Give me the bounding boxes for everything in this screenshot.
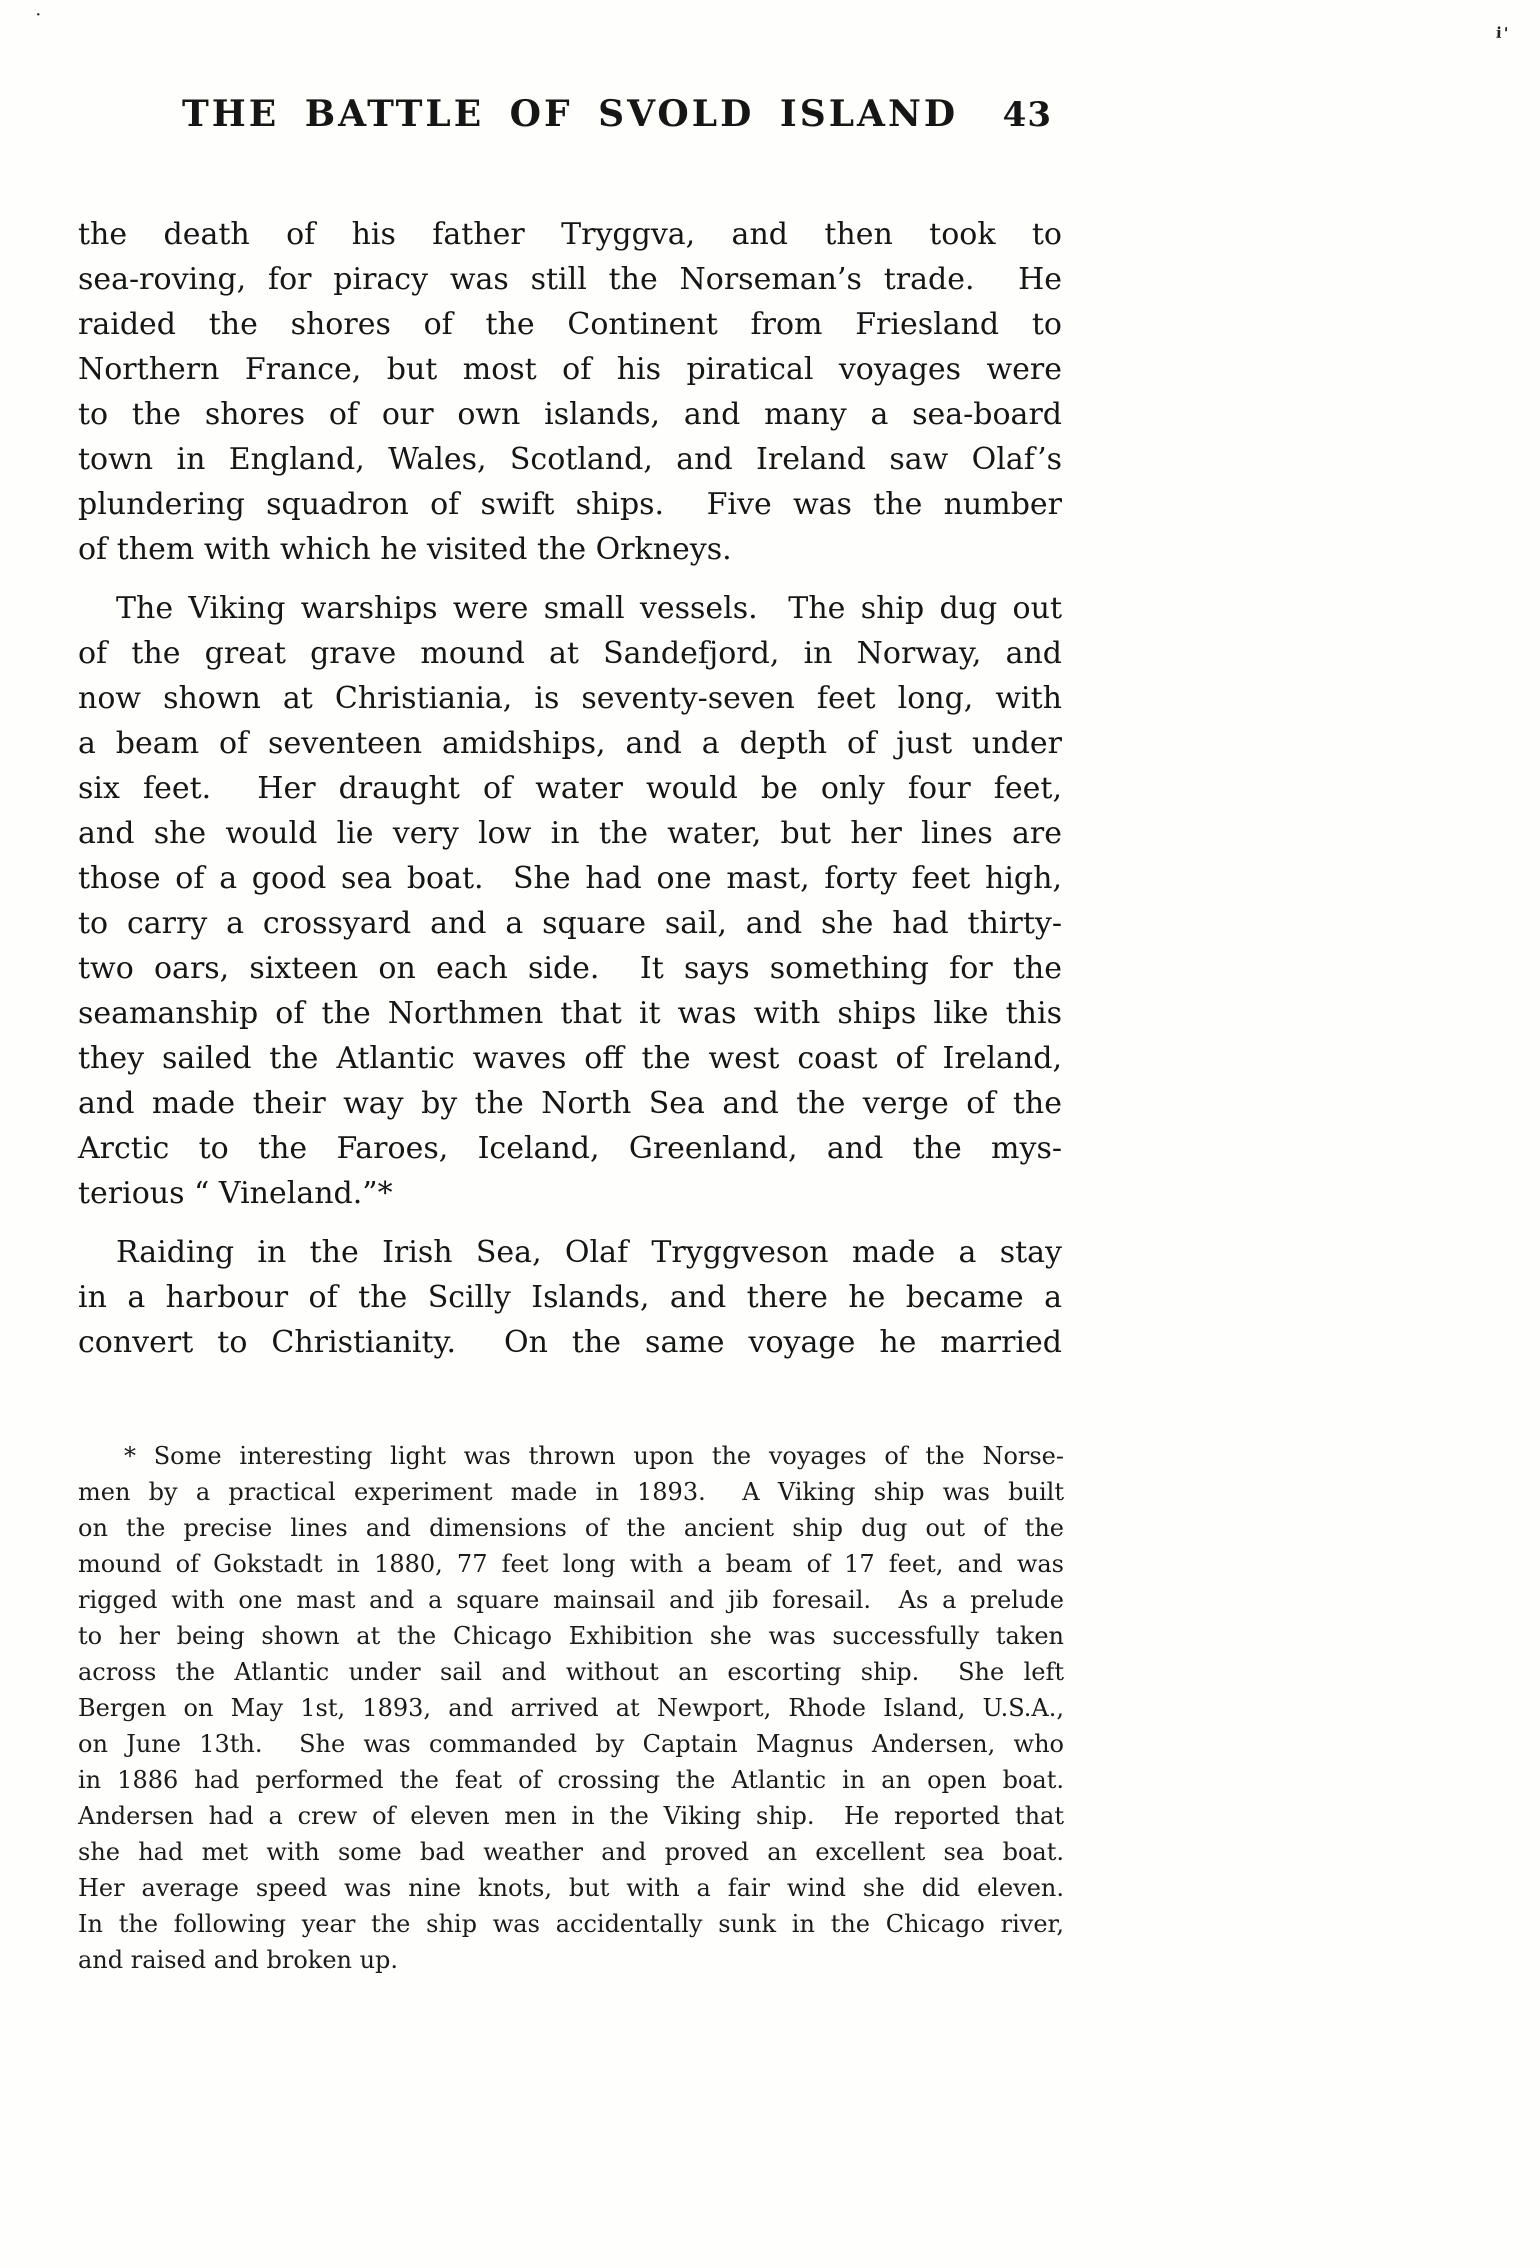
body-text: the death of his father Tryggva, and the…	[78, 212, 1062, 1365]
text-line: raided the shores of the Continent from …	[78, 302, 1062, 347]
text-line: of them with which he visited the Orkney…	[78, 527, 1062, 572]
text-line: across the Atlantic under sail and witho…	[78, 1654, 1064, 1690]
text-line: a beam of seventeen amidships, and a dep…	[78, 721, 1062, 766]
text-line: she had met with some bad weather and pr…	[78, 1834, 1064, 1870]
scanned-page: · i' THE BATTLE OF SVOLD ISLAND 43 the d…	[0, 0, 1540, 2268]
chapter-title: THE BATTLE OF SVOLD ISLAND	[78, 92, 1062, 136]
paragraph: The Viking warships were small vessels. …	[78, 586, 1062, 1216]
page-header: THE BATTLE OF SVOLD ISLAND 43	[78, 92, 1062, 136]
text-line: * Some interesting light was thrown upon…	[78, 1438, 1064, 1474]
paragraph: * Some interesting light was thrown upon…	[78, 1438, 1064, 1978]
text-line: the death of his father Tryggva, and the…	[78, 212, 1062, 257]
text-line: In the following year the ship was accid…	[78, 1906, 1064, 1942]
text-line: mound of Gokstadt in 1880, 77 feet long …	[78, 1546, 1064, 1582]
ink-speck-top-left-icon: ·	[36, 8, 41, 23]
text-line: terious “ Vineland.”*	[78, 1171, 1062, 1216]
footnote: * Some interesting light was thrown upon…	[78, 1438, 1064, 1978]
text-line: to her being shown at the Chicago Exhibi…	[78, 1618, 1064, 1654]
text-line: they sailed the Atlantic waves off the w…	[78, 1036, 1062, 1081]
text-line: to carry a crossyard and a square sail, …	[78, 901, 1062, 946]
text-line: seamanship of the Northmen that it was w…	[78, 991, 1062, 1036]
text-line: on the precise lines and dimensions of t…	[78, 1510, 1064, 1546]
text-line: The Viking warships were small vessels. …	[78, 586, 1062, 631]
text-line: and made their way by the North Sea and …	[78, 1081, 1062, 1126]
text-line: of the great grave mound at Sandefjord, …	[78, 631, 1062, 676]
text-line: two oars, sixteen on each side. It says …	[78, 946, 1062, 991]
text-line: six feet. Her draught of water would be …	[78, 766, 1062, 811]
text-line: Arctic to the Faroes, Iceland, Greenland…	[78, 1126, 1062, 1171]
text-line: Raiding in the Irish Sea, Olaf Tryggveso…	[78, 1230, 1062, 1275]
text-line: rigged with one mast and a square mainsa…	[78, 1582, 1064, 1618]
text-line: on June 13th. She was commanded by Capta…	[78, 1726, 1064, 1762]
page-number: 43	[1003, 93, 1052, 137]
ink-speck-top-right-icon: i'	[1496, 24, 1511, 43]
text-line: Bergen on May 1st, 1893, and arrived at …	[78, 1690, 1064, 1726]
text-line: town in England, Wales, Scotland, and Ir…	[78, 437, 1062, 482]
text-line: those of a good sea boat. She had one ma…	[78, 856, 1062, 901]
text-line: and raised and broken up.	[78, 1942, 1064, 1978]
text-line: now shown at Christiania, is seventy-sev…	[78, 676, 1062, 721]
paragraph: the death of his father Tryggva, and the…	[78, 212, 1062, 572]
text-line: Northern France, but most of his piratic…	[78, 347, 1062, 392]
text-line: convert to Christianity. On the same voy…	[78, 1320, 1062, 1365]
text-line: in a harbour of the Scilly Islands, and …	[78, 1275, 1062, 1320]
text-line: in 1886 had performed the feat of crossi…	[78, 1762, 1064, 1798]
text-line: Andersen had a crew of eleven men in the…	[78, 1798, 1064, 1834]
text-line: men by a practical experiment made in 18…	[78, 1474, 1064, 1510]
text-line: and she would lie very low in the water,…	[78, 811, 1062, 856]
text-line: plundering squadron of swift ships. Five…	[78, 482, 1062, 527]
text-line: to the shores of our own islands, and ma…	[78, 392, 1062, 437]
text-line: Her average speed was nine knots, but wi…	[78, 1870, 1064, 1906]
paragraph: Raiding in the Irish Sea, Olaf Tryggveso…	[78, 1230, 1062, 1365]
text-line: sea-roving, for piracy was still the Nor…	[78, 257, 1062, 302]
